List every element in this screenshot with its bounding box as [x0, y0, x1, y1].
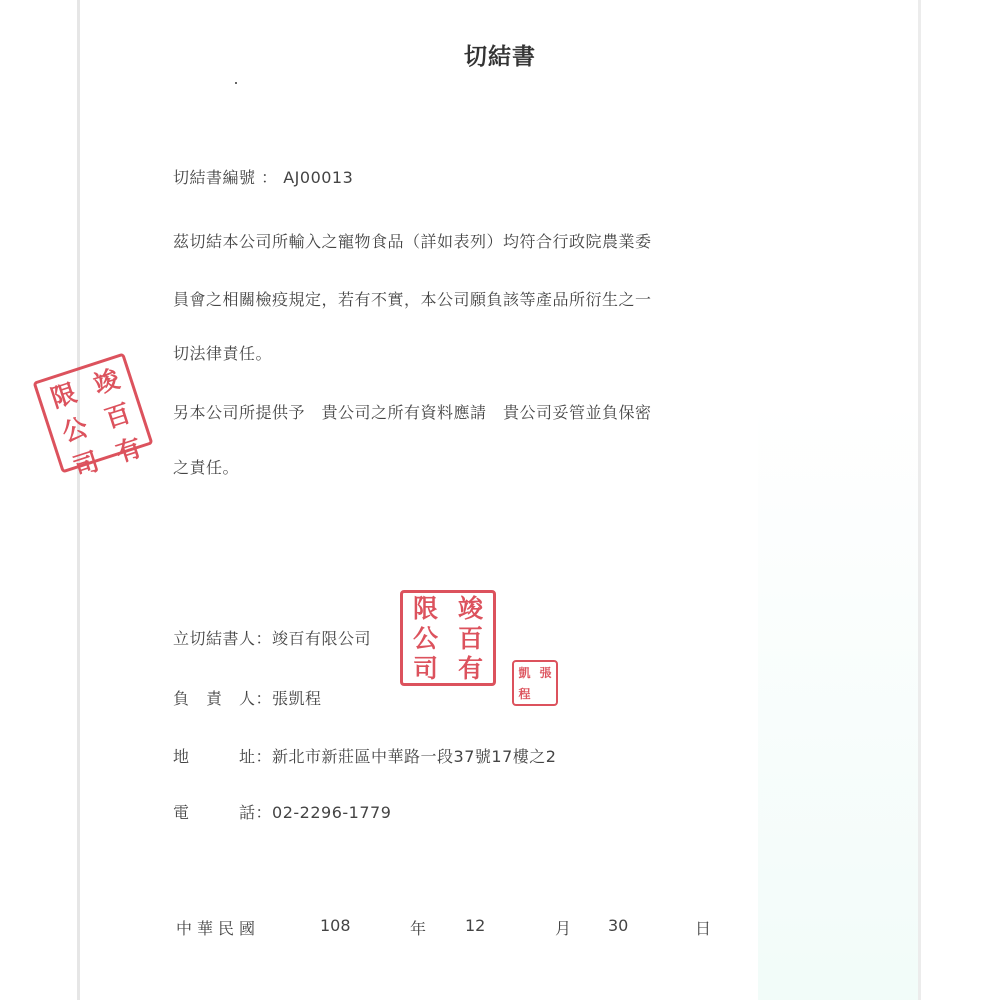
- signatory-person: 負 責 人：張凱程: [173, 686, 322, 709]
- body-line-5: 之責任。: [173, 455, 239, 478]
- body-line-1: 茲切結本公司所輸入之寵物食品（詳如表列）均符合行政院農業委: [173, 229, 652, 252]
- date-month: 12: [465, 916, 485, 935]
- body-line-2: 員會之相關檢疫規定，若有不實，本公司願負該等產品所衍生之一: [173, 287, 652, 310]
- personal-seal-stamp: 張 凱 程: [512, 660, 558, 706]
- signatory-address-value: 新北市新莊區中華路一段37號17樓之2: [272, 747, 556, 766]
- document-title: 切結書: [0, 38, 1000, 71]
- signatory-person-label: 負 責 人: [173, 686, 256, 709]
- document-number-label: 切結書編號: [173, 168, 256, 187]
- date-day-unit: 日: [695, 916, 711, 939]
- body-line-4: 另本公司所提供予 貴公司之所有資料應請 貴公司妥管並負保密: [173, 400, 652, 423]
- date-year-unit: 年: [410, 916, 426, 939]
- scan-tint: [758, 400, 918, 1000]
- body-line-3: 切法律責任。: [173, 341, 272, 364]
- signatory-phone: 電 話：02-2296-1779: [173, 800, 391, 823]
- document-number-value: AJ00013: [283, 168, 353, 187]
- signatory-person-value: 張凱程: [272, 689, 322, 708]
- signatory-address: 地 址：新北市新莊區中華路一段37號17樓之2: [173, 744, 556, 767]
- signatory-phone-label: 電 話: [173, 800, 256, 823]
- document-page: [77, 0, 921, 1000]
- date-day: 30: [608, 916, 628, 935]
- date-year: 108: [320, 916, 351, 935]
- signatory-company-label: 立切結書人: [173, 626, 256, 649]
- signatory-company: 立切結書人：竣百有限公司: [173, 626, 371, 649]
- signatory-company-value: 竣百有限公司: [272, 629, 371, 648]
- company-seal-stamp: 竣 百 有 限 公 司: [400, 590, 496, 686]
- date-month-unit: 月: [555, 916, 571, 939]
- date-era: 中華民國: [176, 916, 260, 939]
- scan-speck: [235, 82, 237, 84]
- signatory-address-label: 地 址: [173, 744, 256, 767]
- signatory-phone-value: 02-2296-1779: [272, 803, 391, 822]
- document-number: 切結書編號 ： AJ00013: [173, 165, 353, 188]
